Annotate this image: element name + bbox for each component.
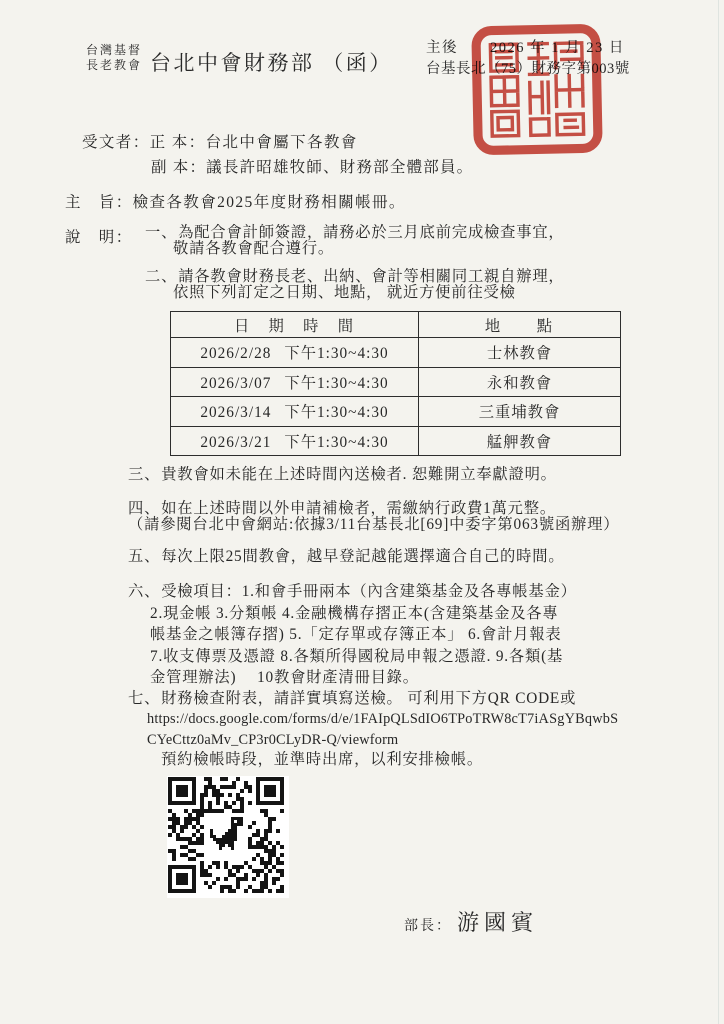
- cell-date: 2026/2/28: [200, 345, 271, 362]
- subject-text: 檢查各教會2025年度財務相關帳冊。: [133, 194, 406, 211]
- scan-edge-line: [718, 0, 719, 1024]
- text-line: 二、請各教會財務長老、出納、會計等相關同工親自辦理，: [145, 269, 565, 285]
- doc-title: 台北中會財務部 （函）: [150, 47, 393, 77]
- text-line: 金管理辦法) 10教會財產清冊目錄。: [128, 667, 577, 689]
- text-line: 六、受檢項目：1.和會手冊兩本（內含建築基金及各專帳基金）: [128, 581, 577, 603]
- recipient-primary-line: 受文者：正 本：台北中會屬下各教會: [82, 130, 358, 152]
- explanation-item-7: 七、財務檢查附表，請詳實填寫送檢。 可利用下方QR CODE或https://d…: [128, 689, 618, 770]
- text-line: 五、每次上限25間教會，越早登記越能選擇適合自己的時間。: [128, 549, 564, 565]
- org-name: 台灣基督 長老教會: [86, 43, 142, 73]
- cell-location: 士林教會: [419, 338, 621, 368]
- cell-time: 下午1:30~4:30: [284, 434, 388, 451]
- explanation-item-3: 三、貴教會如未能在上述時間內送檢者. 恕難開立奉獻證明。: [128, 467, 557, 483]
- explanation-item-4: 四、如在上述時間以外申請補檢者，需繳納行政費1萬元整。（請參閱台北中會網站:依據…: [128, 501, 619, 534]
- recipient-label: 受文者：: [82, 134, 150, 151]
- text-line: 四、如在上述時間以外申請補檢者，需繳納行政費1萬元整。: [128, 501, 619, 517]
- schedule-table-body: 2026/2/28下午1:30~4:30士林教會2026/3/07下午1:30~…: [171, 338, 621, 456]
- cell-location: 永和教會: [419, 367, 621, 397]
- text-line: https://docs.google.com/forms/d/e/1FAIpQ…: [128, 709, 618, 729]
- explanation-item-5: 五、每次上限25間教會，越早登記越能選擇適合自己的時間。: [128, 549, 564, 565]
- text-line: 2.現金帳 3.分類帳 4.金融機構存摺正本(含建築基金及各專: [128, 603, 577, 625]
- text-line: 敬請各教會配合遵行。: [145, 241, 565, 257]
- cell-time: 下午1:30~4:30: [284, 404, 388, 421]
- text-line: 七、財務檢查附表，請詳實填寫送檢。 可利用下方QR CODE或: [128, 689, 618, 709]
- cell-date: 2026/3/21: [200, 434, 271, 451]
- col-header-datetime: 日 期 時 間: [171, 312, 419, 338]
- col-header-location: 地 點: [419, 312, 621, 338]
- cell-date: 2026/3/07: [200, 375, 271, 392]
- explanation-label: 說 明：: [65, 225, 133, 247]
- text-line: 帳基金之帳簿存摺) 5.「定存單或存簿正本」 6.會計月報表: [128, 624, 577, 646]
- text-line: 預約檢帳時段，並準時出席，以利安排檢帳。: [128, 750, 618, 770]
- official-seal-stamp-icon: [470, 22, 605, 158]
- subject-line: 主 旨：檢查各教會2025年度財務相關帳冊。: [65, 190, 406, 212]
- signature-name: 游國賓: [457, 906, 538, 937]
- cell-date: 2026/3/14: [200, 404, 271, 421]
- table-row: 2026/3/14下午1:30~4:30三重埔教會: [171, 397, 621, 427]
- org-name-line1: 台灣基督: [86, 43, 142, 58]
- explanation-item-6: 六、受檢項目：1.和會手冊兩本（內含建築基金及各專帳基金）2.現金帳 3.分類帳…: [128, 581, 577, 689]
- table-header-row: 日 期 時 間 地 點: [171, 312, 621, 338]
- text-line: （請參閱台北中會網站:依據3/11台基長北[69]中委字第063號函辦理）: [128, 517, 619, 533]
- explanation-item-2: 二、請各教會財務長老、出納、會計等相關同工親自辦理，依照下列訂定之日期、地點， …: [145, 269, 565, 302]
- cell-time: 下午1:30~4:30: [284, 375, 388, 392]
- scanned-letter-page: { "page": { "background": "#f4f3ee", "in…: [0, 0, 724, 1024]
- table-row: 2026/3/07下午1:30~4:30永和教會: [171, 367, 621, 397]
- table-row: 2026/3/21下午1:30~4:30艋舺教會: [171, 426, 621, 456]
- cell-location: 艋舺教會: [419, 426, 621, 456]
- text-line: 依照下列訂定之日期、地點， 就近方便前往受檢: [145, 285, 565, 301]
- recipient-primary: 正 本：台北中會屬下各教會: [150, 134, 358, 151]
- text-line: CYeCttz0aMv_CP3r0CLyDR-Q/viewform: [128, 730, 618, 750]
- cell-time: 下午1:30~4:30: [284, 345, 388, 362]
- cell-location: 三重埔教會: [419, 397, 621, 427]
- org-name-line2: 長老教會: [86, 58, 142, 73]
- text-line: 7.收支傳票及憑證 8.各類所得國稅局申報之憑證. 9.各類(基: [128, 646, 577, 668]
- subject-label: 主 旨：: [65, 194, 133, 211]
- schedule-table: 日 期 時 間 地 點 2026/2/28下午1:30~4:30士林教會2026…: [170, 311, 621, 456]
- signature-line: 部長： 游國賓: [404, 906, 538, 937]
- explanation-item-1: 一、為配合會計師簽證，請務必於三月底前完成檢查事宜，敬請各教會配合遵行。: [145, 225, 565, 258]
- text-line: 一、為配合會計師簽證，請務必於三月底前完成檢查事宜，: [145, 225, 565, 241]
- dino-icon: [210, 817, 243, 850]
- table-row: 2026/2/28下午1:30~4:30士林教會: [171, 338, 621, 368]
- recipient-secondary: 副 本：議長許昭雄牧師、財務部全體部員。: [151, 155, 473, 177]
- qr-code: [167, 776, 289, 898]
- text-line: 三、貴教會如未能在上述時間內送檢者. 恕難開立奉獻證明。: [128, 467, 557, 483]
- signature-title: 部長：: [404, 915, 452, 935]
